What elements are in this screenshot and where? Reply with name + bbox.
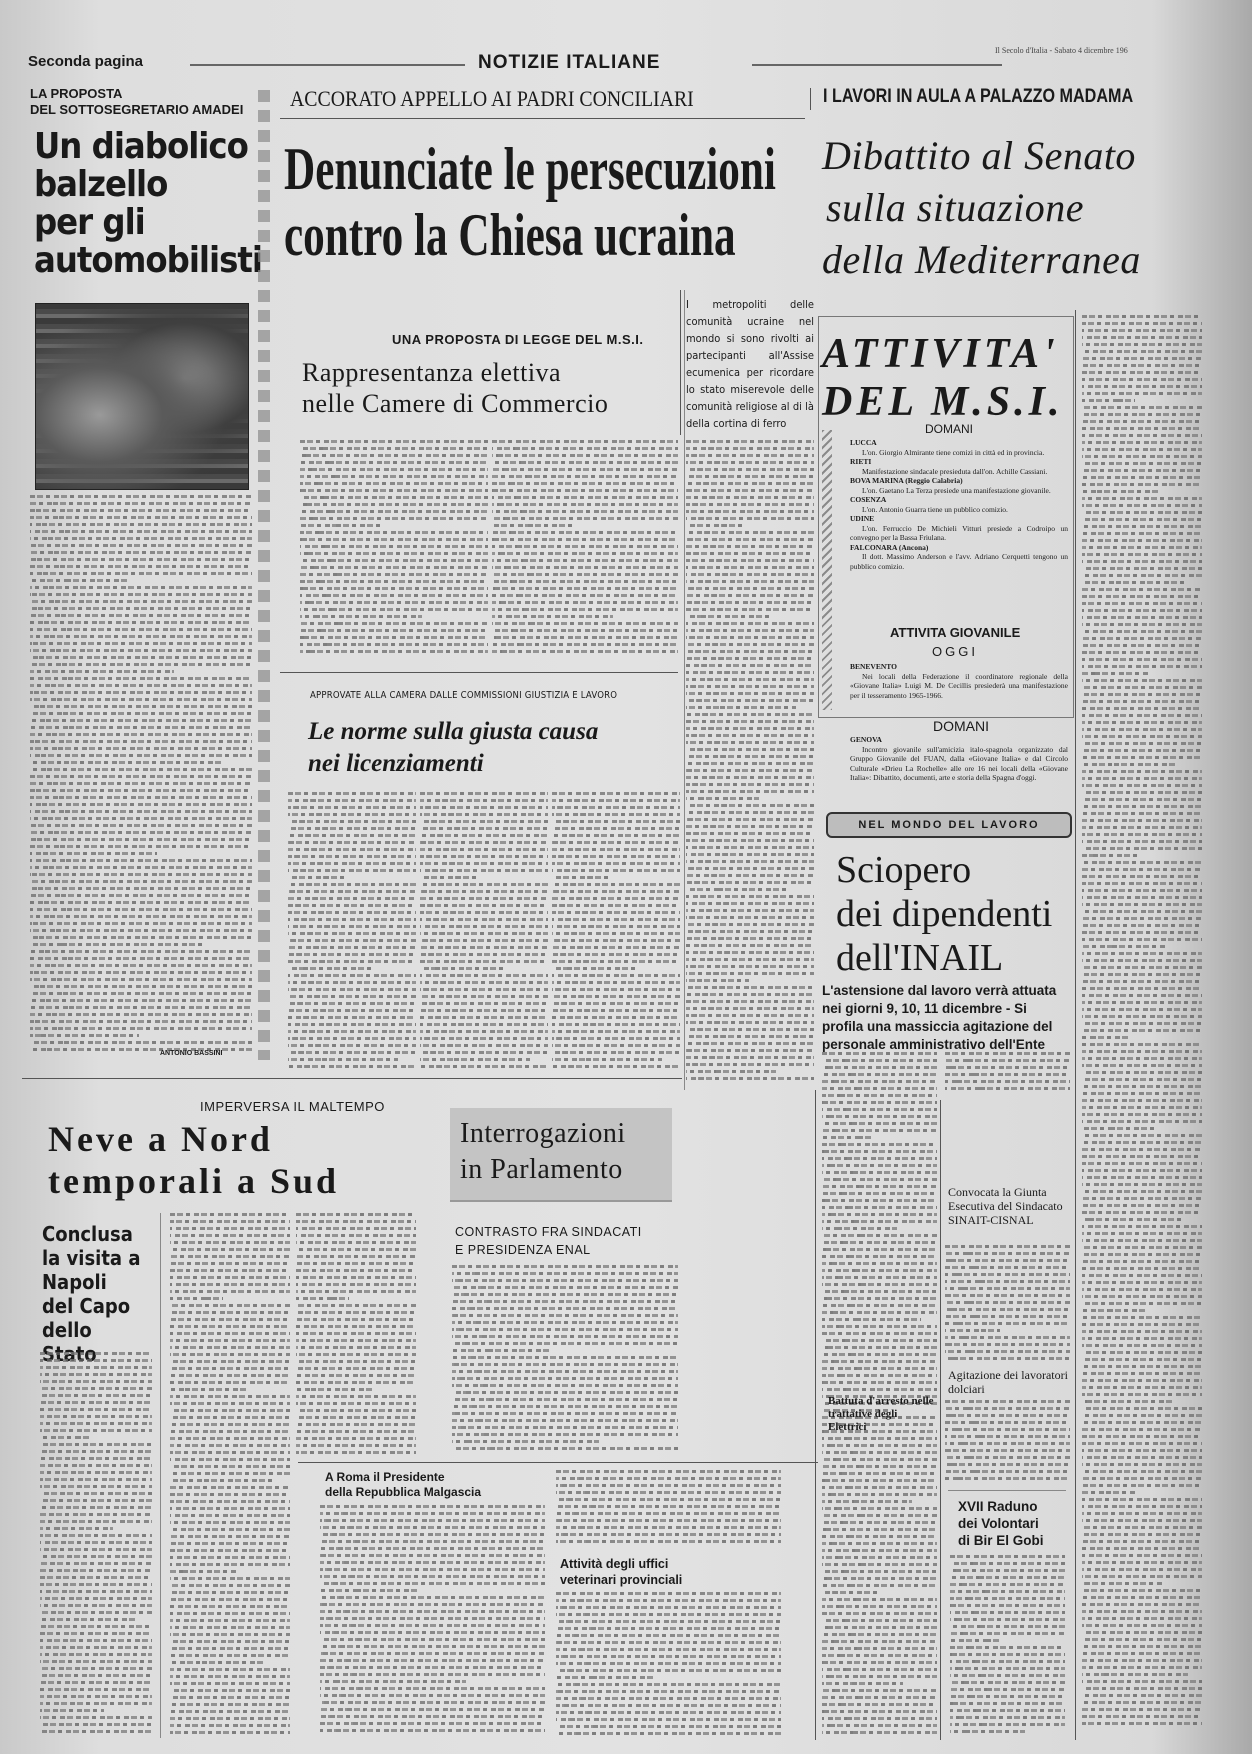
text-line [30,1034,139,1037]
text-line [1082,672,1150,675]
text-line [945,1343,1070,1346]
text-line [945,1357,1070,1360]
event-text: L'on. Gaetano La Terza presiede una mani… [850,486,1068,496]
text-line [420,911,548,914]
summary-rule [680,290,681,435]
text-line [170,1465,290,1468]
text-line [40,1646,152,1649]
text-line [288,806,416,809]
text-line [1082,1449,1202,1452]
text-line [556,1718,781,1721]
text-line [1082,889,1202,892]
veterinari-headline: Attività degli uffici veterinari provinc… [560,1556,682,1588]
text-line [1082,665,1202,668]
headline-line: veterinari provinciali [560,1572,682,1588]
text-line [822,1437,937,1440]
domani-label: DOMANI [925,422,973,436]
text-line [1082,1106,1202,1109]
text-line [40,1660,152,1663]
text-line [686,664,814,667]
text-line [452,1265,678,1268]
text-line [40,1716,152,1719]
text-line [420,813,548,816]
text-line [170,1332,290,1335]
text-line [686,1049,814,1052]
text-line [1082,1330,1202,1333]
text-line [40,1611,152,1614]
text-line [556,1533,781,1536]
malgascia-body-cont [556,1470,781,1550]
text-line [686,1077,814,1080]
text-line [552,883,680,886]
text-line [822,1304,937,1307]
text-line [420,1009,548,1012]
text-line [40,1702,152,1705]
text-line [822,1157,937,1160]
text-line [822,1570,937,1573]
text-line [1082,1673,1188,1676]
text-line [170,1367,290,1370]
text-line [40,1604,152,1607]
masthead-rule-right [752,64,1002,66]
text-line [822,1227,897,1230]
text-line [552,855,680,858]
text-line [822,1675,937,1678]
text-line [170,1514,290,1517]
text-line [296,1213,416,1216]
text-line [30,684,252,687]
text-line [170,1577,290,1580]
text-line [1082,1722,1202,1725]
text-line [40,1695,152,1698]
headline-line: balzello [34,166,262,204]
text-line [40,1429,152,1432]
text-line [686,811,814,814]
text-line [822,1619,937,1622]
balzello-body [30,495,252,1055]
text-line [492,573,678,576]
text-line [420,904,548,907]
text-line [170,1423,290,1426]
text-line [686,979,749,982]
text-line [950,1590,1065,1593]
text-line [1082,644,1202,647]
text-line [420,792,548,795]
text-line [945,1301,1070,1304]
text-line [1082,1267,1202,1270]
text-line [320,1575,545,1578]
text-line [950,1569,1065,1572]
text-line [1082,1631,1202,1634]
text-line [1082,1603,1202,1606]
text-line [296,1451,416,1454]
text-line [288,995,416,998]
text-line [822,1101,937,1104]
text-line [1082,378,1202,381]
text-line [40,1625,152,1628]
licenziamenti-headline: Le norme sulla giusta causa nei licenzia… [308,716,598,780]
text-line [1082,1596,1202,1599]
traffic-photo [35,303,249,490]
attivita-domani2-list: GENOVAIncontro giovanile sull'amicizia i… [850,735,1068,783]
event-place: UDINE [850,514,1068,524]
text-line [686,818,814,821]
text-line [30,649,252,652]
text-line [300,440,488,443]
text-line [945,1280,1070,1283]
text-line [420,995,548,998]
text-line [170,1521,290,1524]
text-line [1082,553,1202,556]
text-line [686,762,814,765]
text-line [40,1471,152,1474]
licenziamenti-kicker: APPROVATE ALLA CAMERA DALLE COMMISSIONI … [310,690,617,701]
text-line [822,1640,937,1643]
text-line [556,1599,781,1602]
text-line [300,524,383,527]
text-line [1082,882,1202,885]
text-line [30,796,252,799]
text-line [950,1695,1065,1698]
text-line [1082,742,1202,745]
text-line [1082,350,1202,353]
text-line [420,953,548,956]
maltempo-body-col2 [296,1213,416,1458]
text-line [30,530,252,533]
text-line [40,1730,152,1733]
text-line [945,1266,1070,1269]
text-line [40,1506,152,1509]
title-line: ATTIVITA' [822,330,1064,378]
text-line [40,1534,152,1537]
text-line [1082,413,1202,416]
text-line [170,1381,290,1384]
headline-line: XVII Raduno [958,1498,1044,1515]
text-line [822,1668,937,1671]
text-line [1082,616,1202,619]
text-line [1082,840,1202,843]
text-line [320,1652,545,1655]
text-line [950,1562,1065,1565]
text-line [40,1681,152,1684]
text-line [420,855,548,858]
text-line [40,1618,136,1621]
text-line [320,1505,545,1508]
text-line [686,1035,814,1038]
text-line [950,1674,1065,1677]
text-line [822,1185,937,1188]
headline-line: Sciopero [836,848,1052,892]
text-line [686,1014,814,1017]
dateline: Il Secolo d'Italia - Sabato 4 dicembre 1… [995,46,1128,55]
text-line [686,454,814,457]
column-rule [815,1090,816,1740]
text-line [420,799,548,802]
text-line [822,1682,903,1685]
text-line [1082,1141,1202,1144]
headline-line: automobilisti [34,242,262,280]
text-line [30,880,252,883]
text-line [945,1463,1070,1466]
text-line [1082,707,1202,710]
text-line [945,1245,1070,1248]
text-line [170,1605,290,1608]
text-line [40,1373,152,1376]
text-line [552,890,680,893]
text-line [686,461,814,464]
text-line [822,1696,937,1699]
text-line [492,552,678,555]
interrogazioni-banner: Interrogazioni in Parlamento [450,1108,672,1202]
title-line: in Parlamento [460,1152,672,1188]
text-line [170,1248,290,1251]
text-line [686,601,814,604]
text-line [296,1388,374,1391]
text-line [170,1346,290,1349]
text-line [320,1526,545,1529]
text-line [1082,896,1202,899]
text-line [822,1626,937,1629]
section-label: Seconda pagina [28,53,143,70]
text-line [492,545,678,548]
veterinari-body [556,1592,781,1740]
text-line [950,1730,1025,1733]
text-line [945,1400,1070,1403]
text-line [1082,980,1202,983]
text-line [492,482,678,485]
text-line [288,883,416,886]
licenziamenti-body-col2 [420,792,548,1077]
text-line [170,1416,290,1419]
text-line [296,1234,416,1237]
text-line [1082,1645,1202,1648]
text-line [1082,1246,1202,1249]
text-line [1082,476,1202,479]
text-line [300,475,488,478]
text-line [822,1262,937,1265]
text-line [686,741,814,744]
text-line [40,1569,152,1572]
text-line [1082,441,1202,444]
text-line [556,1606,781,1609]
text-line [296,1290,416,1293]
text-line [30,964,252,967]
text-line [686,706,796,709]
text-line [30,1041,252,1044]
text-line [296,1241,416,1244]
text-line [492,594,678,597]
senato-body [1082,315,1202,1735]
text-line [686,489,814,492]
text-line [1082,1281,1202,1284]
text-line [686,944,814,947]
text-line [686,776,814,779]
text-line [1082,938,1202,941]
text-line [552,995,680,998]
text-line [30,831,252,834]
text-line [420,974,548,977]
text-line [170,1220,290,1223]
text-line [170,1689,290,1692]
text-line [950,1611,1065,1614]
text-line [170,1227,290,1230]
text-line [1082,1176,1202,1179]
text-line [950,1625,1065,1628]
text-line [1082,1043,1202,1046]
text-line [170,1619,290,1622]
text-line [300,538,488,541]
text-line [1082,714,1202,717]
text-line [1082,833,1202,836]
text-line [492,587,678,590]
text-line [556,1627,781,1630]
text-line [1082,959,1202,962]
text-line [1082,1512,1202,1515]
text-line [420,1002,548,1005]
text-line [1082,1274,1202,1277]
text-line [296,1437,416,1440]
text-line [30,516,252,519]
text-line [300,622,488,625]
text-line [1082,735,1202,738]
text-line [296,1353,416,1356]
text-line [822,1220,937,1223]
text-line [945,1322,1070,1325]
text-line [1082,1169,1202,1172]
text-line [1082,1442,1202,1445]
text-line [950,1576,1065,1579]
text-line [945,1287,1070,1290]
text-line [686,468,814,471]
text-line [822,1339,937,1342]
text-line [822,1283,937,1286]
text-line [1082,1386,1202,1389]
text-line [552,862,680,865]
text-line [1082,1589,1202,1592]
text-line [30,733,252,736]
text-line [945,1315,1070,1318]
text-line [822,1661,937,1664]
text-line [452,1293,678,1296]
text-line [170,1591,290,1594]
text-line [170,1458,290,1461]
text-line [556,1592,781,1595]
text-line [945,1477,1070,1480]
event-text: Manifestazione sindacale presieduta dall… [850,467,1068,477]
text-line [170,1430,290,1433]
text-line [686,972,814,975]
text-line [40,1639,152,1642]
text-line [492,447,678,450]
text-line [30,691,252,694]
text-line [170,1241,290,1244]
text-line [822,1374,937,1377]
text-line [300,531,488,534]
text-line [686,650,814,653]
text-line [552,848,680,851]
text-line [296,1332,416,1335]
text-line [40,1380,152,1383]
text-line [288,918,416,921]
text-line [288,974,416,977]
text-line [686,881,814,884]
text-line [320,1624,545,1627]
text-line [686,804,814,807]
text-line [320,1701,545,1704]
headline-line: nelle Camere di Commercio [302,388,608,419]
text-line [288,848,416,851]
text-line [556,1690,781,1693]
text-line [170,1402,290,1405]
text-line [686,608,814,611]
text-line [452,1286,678,1289]
camere-body-col1 [300,440,488,660]
text-line [300,461,488,464]
text-line [686,1042,814,1045]
text-line [40,1492,152,1495]
text-line [556,1725,781,1728]
text-line [945,1080,1070,1083]
text-line [452,1426,678,1429]
text-line [40,1457,152,1460]
text-line [686,790,814,793]
text-line [686,965,814,968]
text-line [420,1030,548,1033]
text-line [170,1731,290,1734]
headline-line: CONTRASTO FRA SINDACATI [455,1223,642,1241]
text-line [1082,581,1185,584]
text-line [300,615,422,618]
text-line [40,1555,152,1558]
text-line [288,932,416,935]
text-line [288,813,416,816]
text-line [30,705,252,708]
text-line [492,650,678,653]
text-line [686,503,814,506]
text-line [170,1710,290,1713]
text-line [686,1000,814,1003]
text-line [40,1450,152,1453]
text-line [556,1491,781,1494]
text-line [30,999,252,1002]
senato-headline: Dibattito al Senato sulla situazione del… [822,130,1141,286]
text-line [686,895,814,898]
malgascia-body [320,1505,545,1740]
text-line [1082,1008,1202,1011]
text-line [822,1633,937,1636]
text-line [1082,1211,1202,1214]
headline-line: Un diabolico [34,128,262,166]
text-line [556,1470,781,1473]
text-line [552,1023,680,1026]
text-line [1082,1379,1202,1382]
text-line [452,1349,551,1352]
text-line [1082,763,1176,766]
text-line [686,510,814,513]
text-line [1082,1715,1202,1718]
text-line [686,713,814,716]
text-line [420,967,503,970]
text-line [822,1164,937,1167]
text-line [320,1673,545,1676]
text-line [1082,399,1135,402]
text-line [1082,1344,1202,1347]
text-line [822,1143,937,1146]
text-line [30,782,252,785]
text-line [300,580,488,583]
text-line [30,579,128,582]
ucraina-kicker: ACCORATO APPELLO AI PADRI CONCILIARI [290,86,694,112]
